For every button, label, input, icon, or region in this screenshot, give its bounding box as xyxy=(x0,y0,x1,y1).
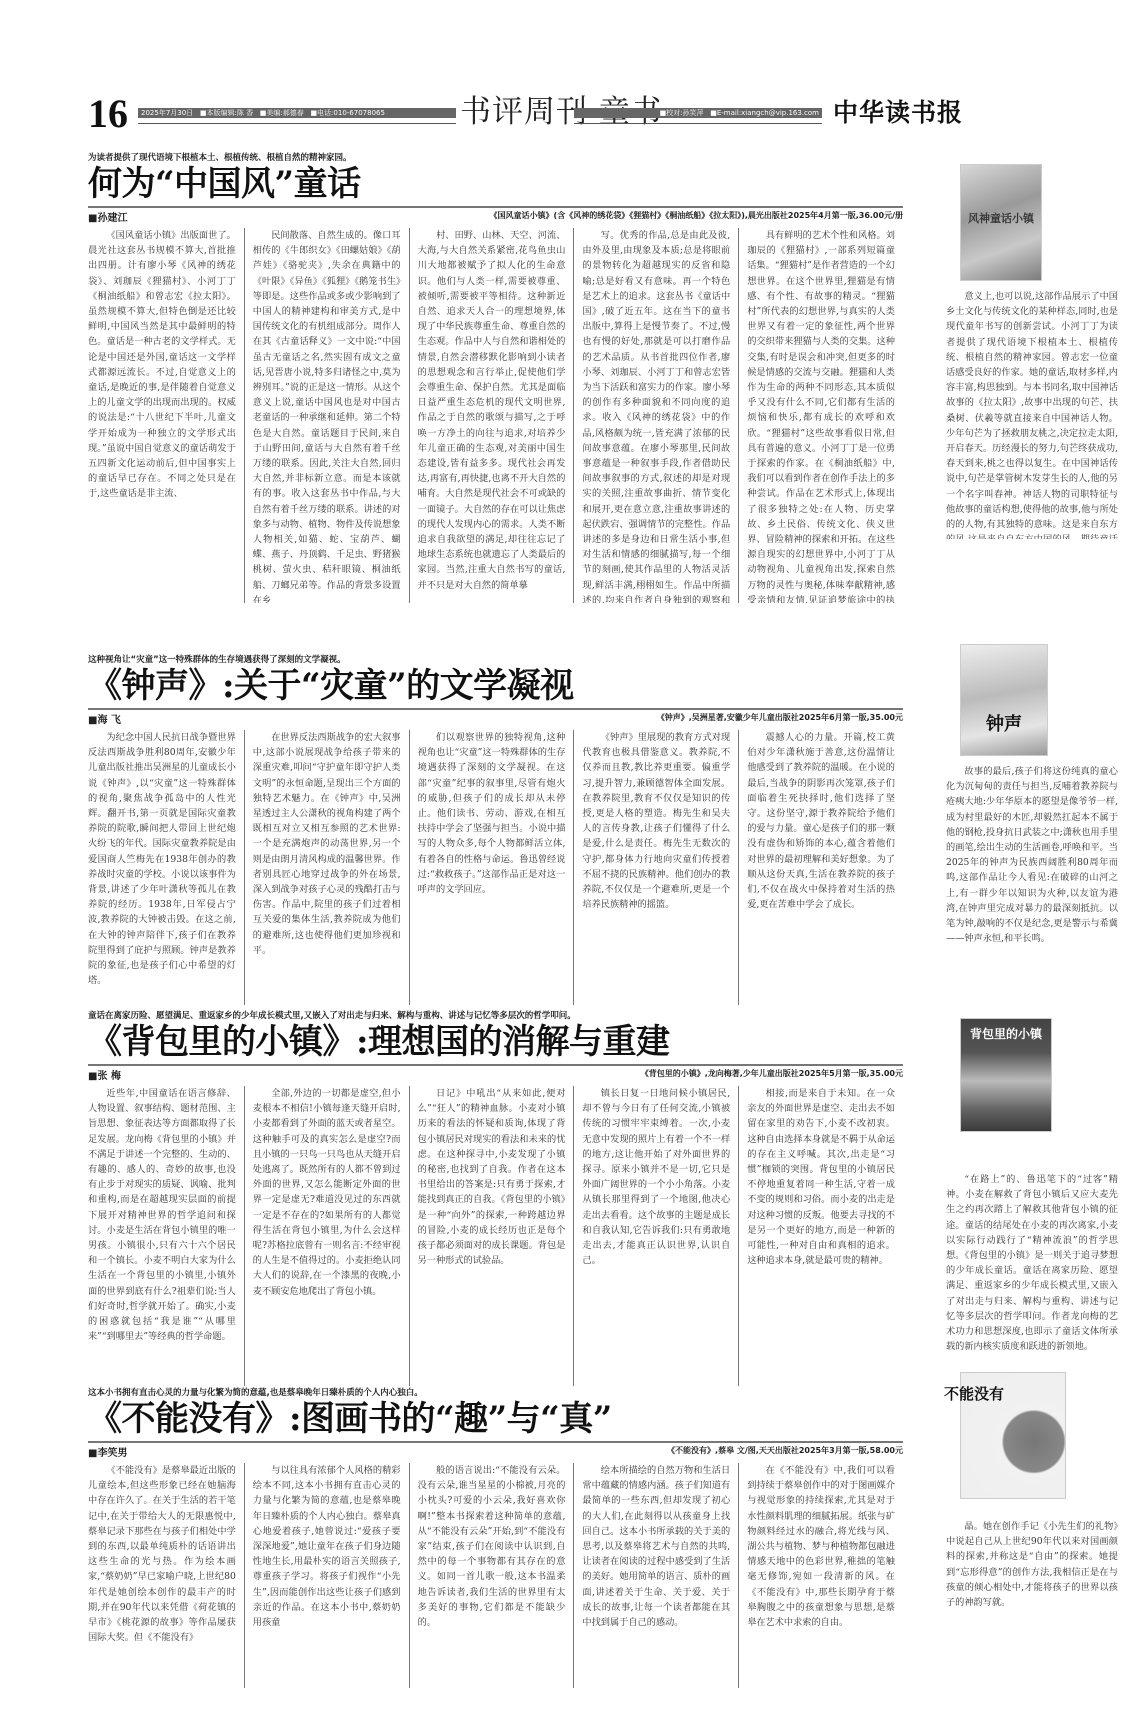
text-column: 镇长日复一日地问候小镇居民,却不曾与今日有了任何交流,小镇被传统的习惯牢牢束缚着… xyxy=(573,1086,738,1386)
editor-credit: ■本版编辑:陈 香 xyxy=(200,109,253,117)
masthead: 16 2025年7月30日 ■本版编辑:陈 香 ■美编:郝德春 ■电话:010-… xyxy=(88,96,1118,136)
text-column: 震撼人心的力量。开篇,校工黄伯对少年潇秋施于善意,这份温情让他感受到了教养院的温… xyxy=(738,730,903,1005)
text-column: 在《不能没有》中,我们可以看到持续于蔡皋创作中的对于图画媒介与视觉形象的持续探索… xyxy=(738,1463,903,1688)
text-column: 具有鲜明的艺术个性和风格。刘珈辰的《狸猫村》,一部系列短篇童话集。“狸猫村”是作… xyxy=(738,228,903,603)
text-column: 相接,而是来自于未知。在一众亲友的外面世界是虚空、走出去不如留在家里的劝告下,小… xyxy=(738,1086,903,1386)
article-chinese-style-fairytale: 为读者提供了现代语境下根植本土、根植传统、根植自然的精神家园。 何为“中国风”童… xyxy=(88,152,1118,603)
text-column: 《国风童话小镇》出版面世了。晨光社这套丛书规模不算大,首批推出四册。计有廖小琴《… xyxy=(88,228,244,603)
sidebar-column: 风神童话小镇 意义上,也可以说,这部作品展示了中国乡土文化与传统文化的某种样态,… xyxy=(946,164,1118,539)
page-number: 16 xyxy=(88,92,128,136)
text-column: 村、田野、山林、天空、河流、大海,与大自然关系紧密,花鸟鱼虫山川大地都被赋予了拟… xyxy=(409,228,574,603)
article-byline: ■李笑男 xyxy=(88,1444,127,1459)
book-cover-image: 钟声 xyxy=(960,644,1048,756)
masthead-info-bar-left: 2025年7月30日 ■本版编辑:陈 香 ■美编:郝德春 ■电话:010-670… xyxy=(138,108,456,118)
text-column: 全部,外边的一切都是虚空,但小麦根本不相信!小镇每逢天缝开启时,小麦都看到了外面… xyxy=(244,1086,409,1386)
book-info: 《背包里的小镇》,龙向梅著,少年儿童出版社2025年5月第一版,35.00元 xyxy=(641,1068,903,1079)
text-column: 日记》中吼出“从来如此,便对么”“狂人”的精神血脉。小麦对小镇历来的看法的怀疑和… xyxy=(409,1086,574,1386)
text-column: 意义上,也可以说,这部作品展示了中国乡土文化与传统文化的某种样态,同时,也是现代… xyxy=(946,289,1118,539)
book-info: 《国风童话小镇》(含《风神的绣花袋》《狸猫村》《桐油纸船》《拉太阳》),晨光出版… xyxy=(490,210,903,221)
text-column: 们以观察世界的独特视角,这种视角也让“灾童”这一特殊群体的生存境遇获得了深刻的文… xyxy=(409,730,574,1005)
article-byline: ■海 飞 xyxy=(88,711,121,726)
text-column: 绘本所描绘的自然万物和生活日常中蕴藏的情感内涵。孩子们知道有最简单的一些东西,但… xyxy=(573,1463,738,1688)
article-byline: ■张 梅 xyxy=(88,1067,121,1082)
divider xyxy=(138,123,456,124)
article-zhongsheng: 这种视角让“灾童”这一特殊群体的生存境遇获得了深刻的文学凝视。 《钟声》:关于“… xyxy=(88,654,1118,1005)
sidebar-column: 钟声 故事的最后,孩子们将这份纯真的童心化为沉甸甸的责任与担当,反哺着教养院与疮… xyxy=(946,644,1118,964)
text-column: 民间散落、自然生成的。像口耳相传的《牛郎织女》《田螺姑娘》《葫芦娃》《骆驼夹》,… xyxy=(244,228,409,603)
book-info: 《钟声》,吴洲星著,安徽少年儿童出版社2025年6月第一版,35.00元 xyxy=(657,712,903,723)
book-cover-image: 背包里的小镇 xyxy=(960,1018,1052,1132)
text-column: 晶。她在创作手记《小先生们的礼物》中说起自己从上世纪90年代以来对国画颜料的探索… xyxy=(946,1519,1118,1639)
proofreader-credit: ■校对:孙笑萍 xyxy=(660,109,704,117)
text-column: 为纪念中国人民抗日战争暨世界反法西斯战争胜利80周年,安徽少年儿童出版社推出吴洲… xyxy=(88,730,244,1005)
text-column: 写。优秀的作品,总是由此及彼,由外及里,由现象及本质;总是将眼前的景物转化为超越… xyxy=(573,228,738,603)
article-backpack-town: 童话在离家历险、愿望满足、重返家乡的少年成长模式里,又嵌入了对出走与归来、解构与… xyxy=(88,1010,1118,1386)
text-column: “在路上”的、鲁迅笔下的“过客”精神。小麦在解救了背包小镇后又应大麦先生之约再次… xyxy=(946,1172,1118,1387)
art-credit: ■美编:郝德春 xyxy=(260,109,304,117)
text-column: 故事的最后,孩子们将这份纯真的童心化为沉甸甸的责任与担当,反哺着教养院与疮痍大地… xyxy=(946,764,1118,964)
book-cover-image: 不能没有 xyxy=(960,1372,1066,1499)
book-info: 《不能没有》,蔡皋 文/图,天天出版社2025年3月第一版,58.00元 xyxy=(667,1445,903,1456)
text-column: 《不能没有》是蔡皋最近出版的儿童绘本,但这些形象已经在她脑海中存在许久了。在关于… xyxy=(88,1463,244,1688)
sidebar-column: 不能没有 晶。她在创作手记《小先生们的礼物》中说起自己从上世纪90年代以来对国画… xyxy=(946,1372,1118,1639)
phone-credit: ■电话:010-67078065 xyxy=(310,109,385,117)
masthead-info-bar-right: ■校对:孙笑萍 ■E-mail:xiangch@vip.163.com xyxy=(574,108,822,118)
text-column: 在世界反法西斯战争的宏大叙事中,这部小说展现战争给孩子带来的深重灾难,叩问“守护… xyxy=(244,730,409,1005)
sidebar-column: 背包里的小镇 “在路上”的、鲁迅笔下的“过客”精神。小麦在解救了背包小镇后又应大… xyxy=(946,1018,1118,1387)
text-column: 与以往具有浓郁个人风格的精彩绘本不同,这本小书拥有直击心灵的力量与化繁为简的意蕴… xyxy=(244,1463,409,1688)
article-kicker: 为读者提供了现代语境下根植本土、根植传统、根植自然的精神家园。 xyxy=(88,152,1118,164)
text-column: 近些年,中国童话在语言修辞、人物设置、叙事结构、题材范围、主旨思想、象征表达等方… xyxy=(88,1086,244,1386)
text-column: 般的语言说出:“不能没有云朵。没有云朵,谁当星星的小棉被,月亮的小枕头?可爱的小… xyxy=(409,1463,574,1688)
book-cover-image: 风神童话小镇 xyxy=(960,164,1042,281)
email-credit: ■E-mail:xiangch@vip.163.com xyxy=(710,109,819,117)
article-byline: ■孙建江 xyxy=(88,209,127,224)
article-cannot-without: 这本小书拥有直击心灵的力量与化繁为简的意蕴,也是蔡皋晚年日臻朴质的个人内心独白。… xyxy=(88,1387,1118,1688)
divider xyxy=(574,123,822,124)
newspaper-brand: 中华读书报 xyxy=(833,96,963,130)
text-column: 《钟声》里展现的教育方式对现代教育也极具借鉴意义。教养院,不仅养而且教,教比养更… xyxy=(573,730,738,1005)
issue-date: 2025年7月30日 xyxy=(141,109,193,117)
